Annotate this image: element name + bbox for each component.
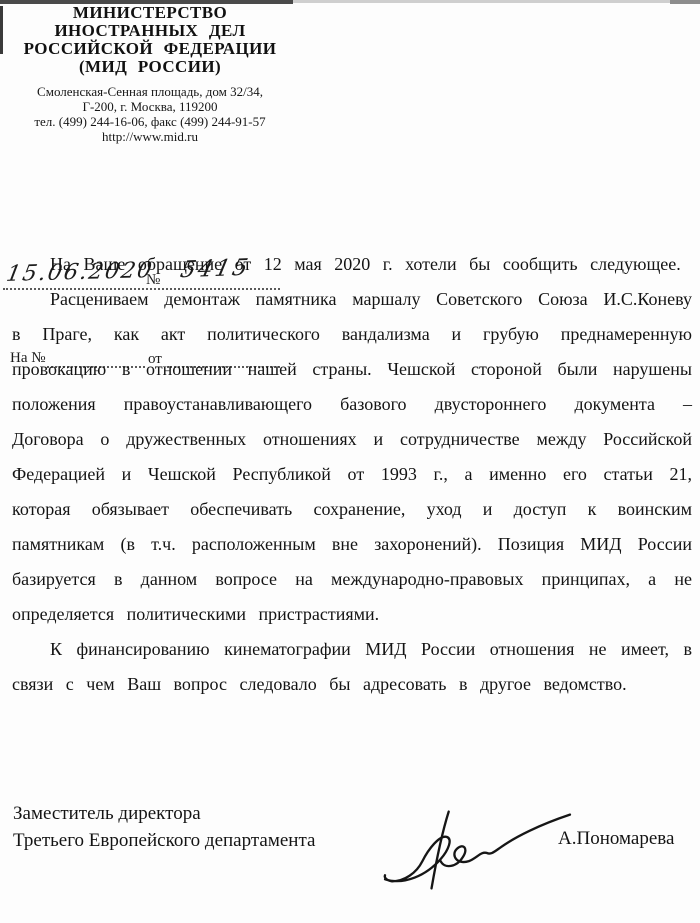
scan-artifact-left-edge bbox=[0, 6, 3, 54]
paragraph-intro: На Ваше обращение от 12 мая 2020 г. хоте… bbox=[12, 247, 692, 282]
signatory-position-line-1: Заместитель директора bbox=[13, 800, 315, 827]
org-name-line-4: (МИД РОССИИ) bbox=[10, 58, 290, 76]
org-name: МИНИСТЕРСТВО ИНОСТРАННЫХ ДЕЛ РОССИЙСКОЙ … bbox=[10, 4, 290, 76]
scan-artifact-top-right-edge bbox=[670, 0, 700, 4]
signatory-position: Заместитель директора Третьего Европейск… bbox=[13, 800, 315, 854]
paragraph-position: Расцениваем демонтаж памятника маршалу С… bbox=[12, 282, 692, 632]
paragraph-closing: К финансированию кинематографии МИД Росс… bbox=[12, 632, 692, 702]
org-name-line-3: РОССИЙСКОЙ ФЕДЕРАЦИИ bbox=[10, 40, 290, 58]
signatory-name: А.Пономарева bbox=[558, 828, 674, 850]
signature-ink bbox=[382, 808, 574, 892]
scanned-letter-page: МИНИСТЕРСТВО ИНОСТРАННЫХ ДЕЛ РОССИЙСКОЙ … bbox=[0, 0, 700, 923]
letter-body: На Ваше обращение от 12 мая 2020 г. хоте… bbox=[12, 247, 692, 702]
signatory-position-line-2: Третьего Европейского департамента bbox=[13, 827, 315, 854]
address-line: Г-200, г. Москва, 119200 bbox=[10, 99, 290, 114]
letterhead: МИНИСТЕРСТВО ИНОСТРАННЫХ ДЕЛ РОССИЙСКОЙ … bbox=[10, 4, 290, 144]
org-name-line-2: ИНОСТРАННЫХ ДЕЛ bbox=[10, 22, 290, 40]
org-name-line-1: МИНИСТЕРСТВО bbox=[10, 4, 290, 22]
incoming-reference-row: На № от bbox=[0, 172, 300, 202]
outgoing-reference-row: 15.06.2020 № 5415 bbox=[0, 128, 300, 168]
scan-artifact-top-mid-edge bbox=[293, 0, 670, 3]
address-line: Смоленская-Сенная площадь, дом 32/34, bbox=[10, 84, 290, 99]
phone-fax-line: тел. (499) 244-16-06, факс (499) 244-91-… bbox=[10, 114, 290, 129]
